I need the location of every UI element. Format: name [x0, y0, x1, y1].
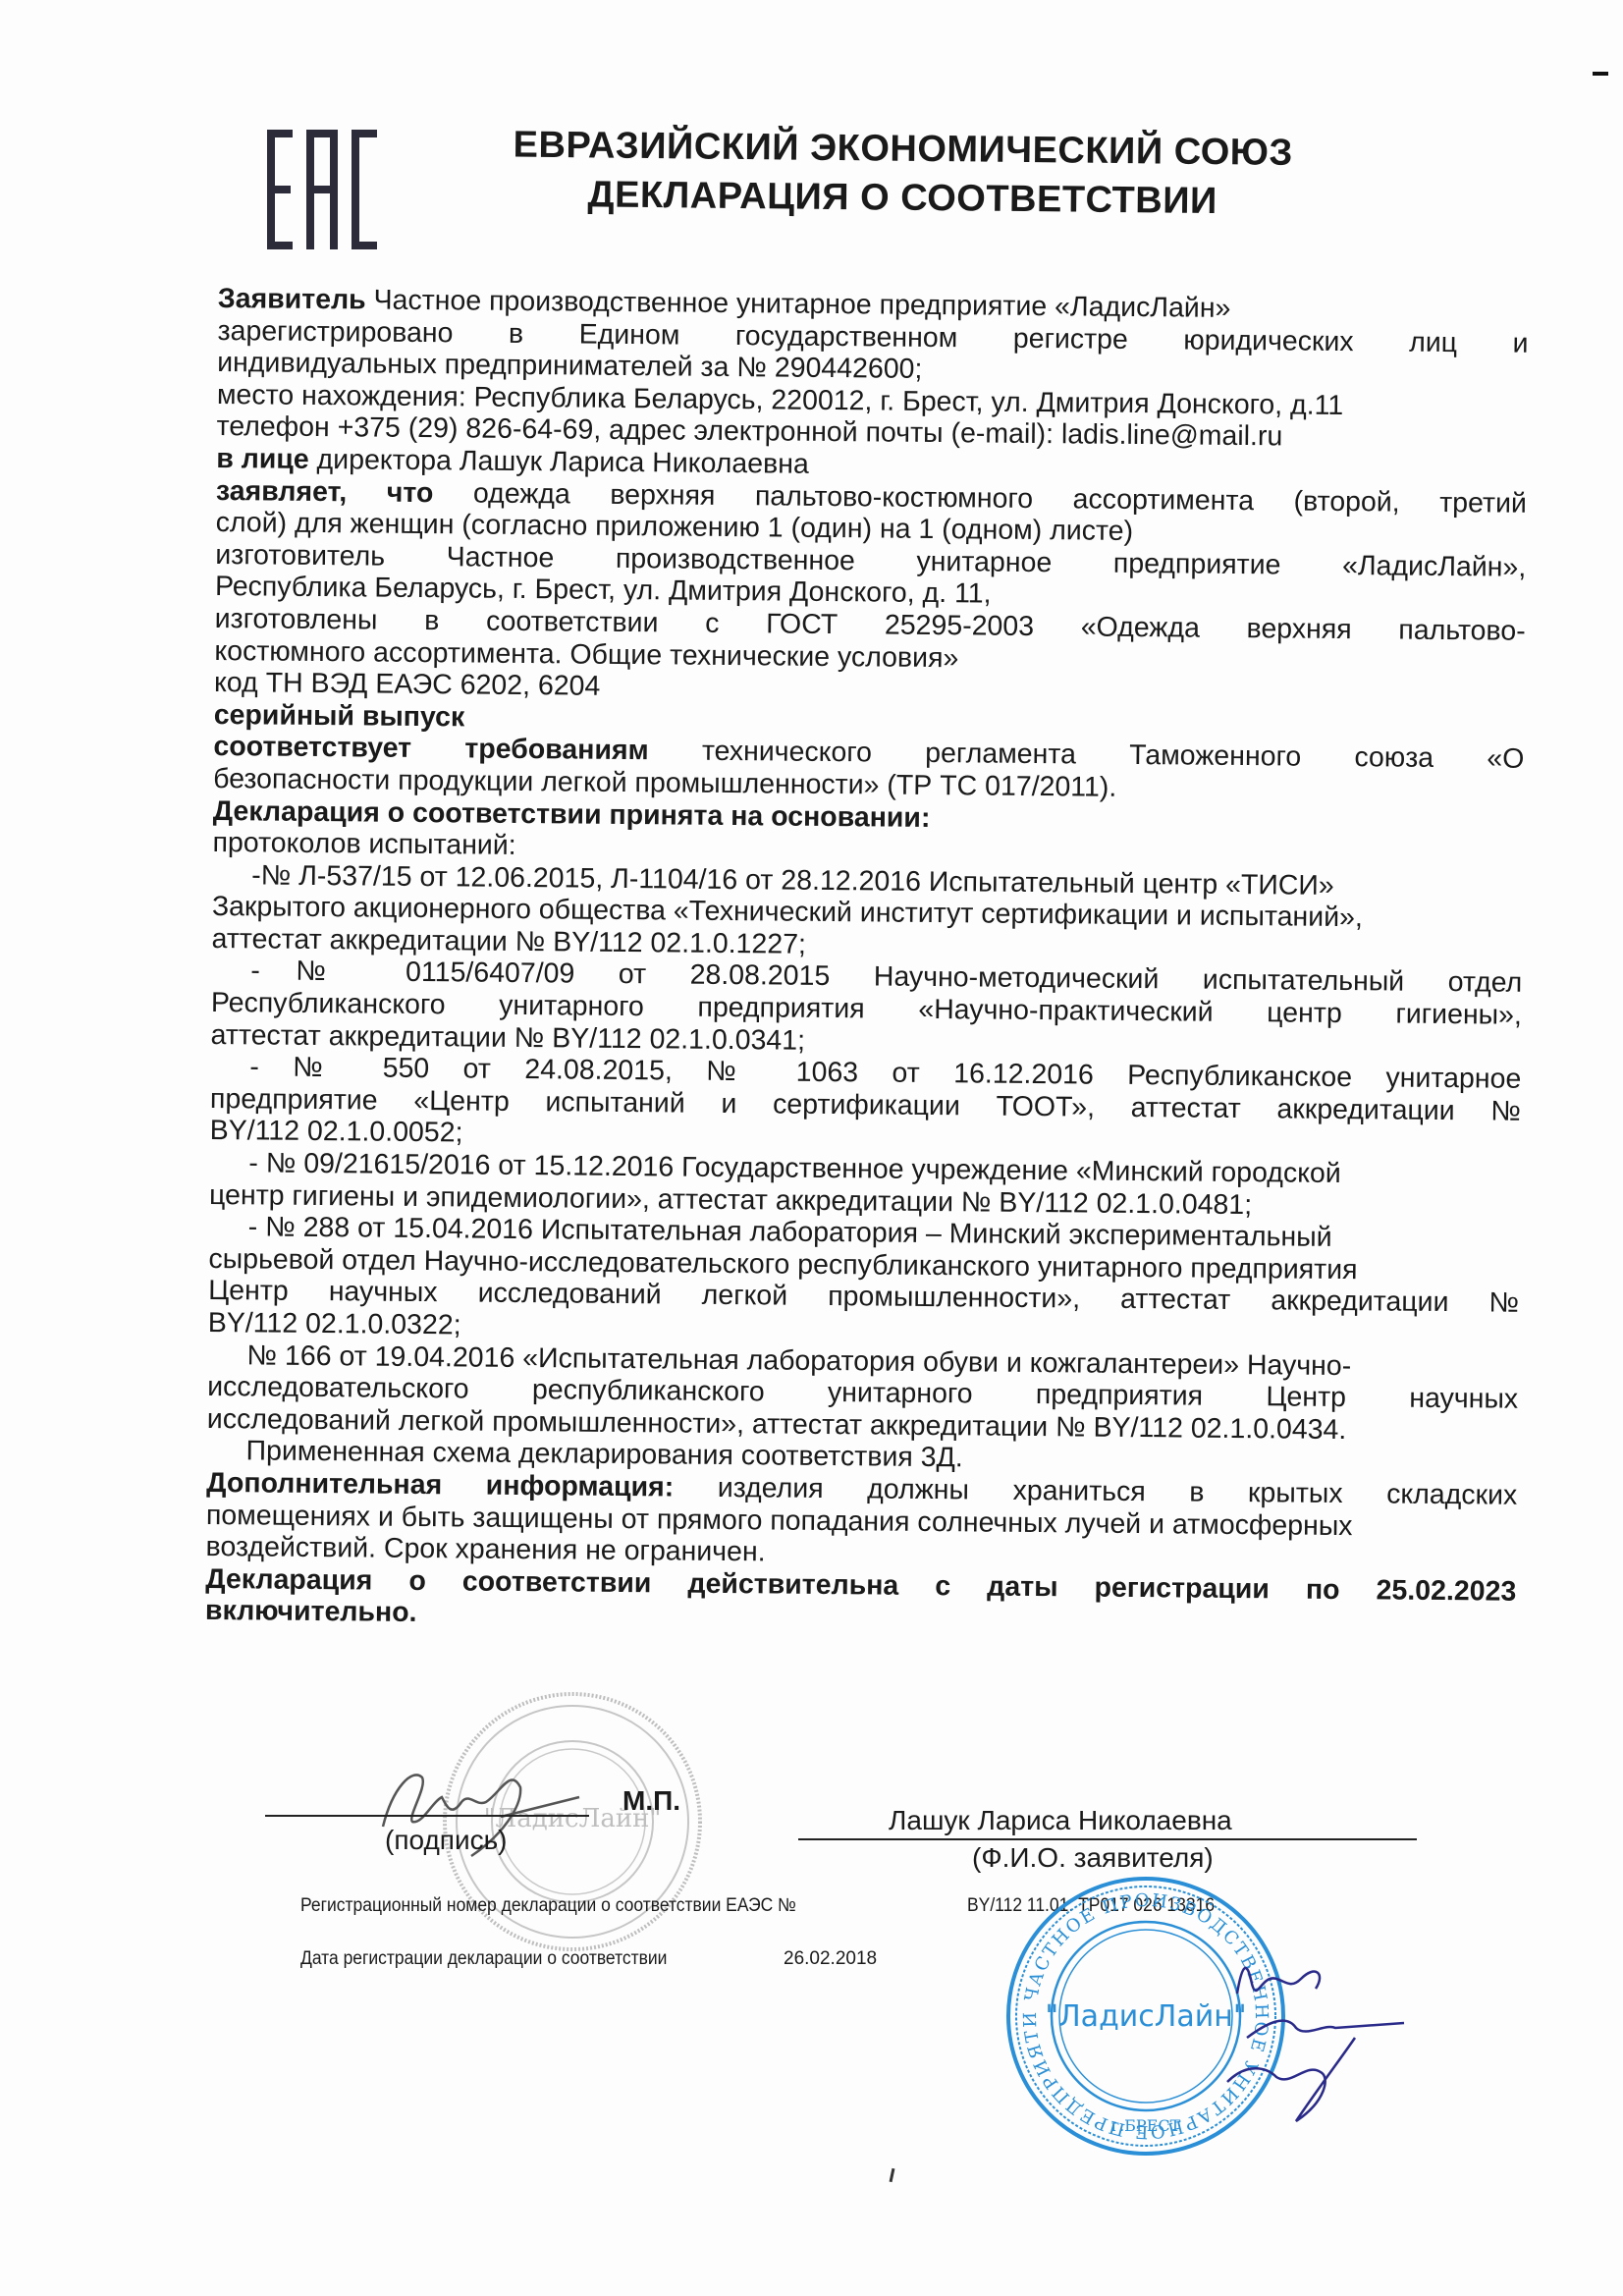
scan-mark: [1593, 72, 1608, 76]
registration-number-value: BY/112 11.01. ТР017 026 13316: [967, 1895, 1215, 1917]
signature-caption: (подпись): [385, 1825, 508, 1856]
svg-text:ЧАСТНОЕ ПРОИЗВОДСТВЕННОЕ УНИТА: ЧАСТНОЕ ПРОИЗВОДСТВЕННОЕ УНИТАРНОЕ ПРЕДП…: [1003, 1874, 1271, 2142]
registration-number-label: Регистрационный номер декларации о соотв…: [300, 1895, 796, 1917]
company-stamp-blue-icon: ЧАСТНОЕ ПРОИЗВОДСТВЕННОЕ УНИТАРНОЕ ПРЕДП…: [1003, 1874, 1288, 2159]
applicant-label: Заявитель: [218, 283, 366, 315]
registration-date-value: 26.02.2018: [784, 1948, 877, 1970]
name-line: [798, 1838, 1417, 1840]
conformity-label: соответствует требованиям: [213, 731, 648, 766]
seal-place-label: М.П.: [622, 1785, 680, 1817]
scan-mark: [890, 2168, 895, 2182]
protocol-item: - № 550 от 24.08.2015, № 1063 от 16.12.2…: [210, 1051, 1522, 1160]
registration-date-label: Дата регистрации декларации о соответств…: [300, 1948, 667, 1970]
company-stamp-gray-icon: "ЛадисЛайн": [440, 1689, 705, 1954]
declares-label: заявляет, что: [216, 475, 434, 509]
protocol-item: -№ Л-537/15 от 12.06.2015, Л-1104/16 от …: [211, 859, 1523, 968]
eac-logo-icon: [267, 130, 377, 249]
svg-text:"ЛадисЛайн": "ЛадисЛайн": [484, 1804, 662, 1833]
svg-text:"ЛадисЛайн": "ЛадисЛайн": [1045, 1999, 1246, 2034]
applicant-name-caption: (Ф.И.О. заявителя): [972, 1842, 1214, 1874]
protocol-item: - № 288 от 15.04.2016 Испытательная лабо…: [208, 1211, 1520, 1351]
header-declaration-title: ДЕКЛАРАЦИЯ О СООТВЕТСТВИИ: [460, 169, 1344, 227]
document-header: ЕВРАЗИЙСКИЙ ЭКОНОМИЧЕСКИЙ СОЮЗ ДЕКЛАРАЦИ…: [460, 120, 1345, 227]
signature-line: [265, 1815, 589, 1817]
svg-text:г.БРЕСТ: г.БРЕСТ: [1111, 2116, 1181, 2135]
protocol-item: № 166 от 19.04.2016 «Испытательная лабор…: [207, 1339, 1519, 1449]
protocol-item: -№ 0115/6407/09 от 28.08.2015 Научно-мет…: [210, 955, 1522, 1064]
document-page: ЕВРАЗИЙСКИЙ ЭКОНОМИЧЕСКИЙ СОЮЗ ДЕКЛАРАЦИ…: [0, 0, 1623, 2296]
applicant-full-name: Лашук Лариса Николаевна: [889, 1805, 1232, 1836]
document-body: Заявитель Частное производственное унита…: [205, 283, 1529, 1640]
registrar-signature-icon: [1208, 1944, 1434, 2141]
applicant-signature-icon: [353, 1748, 609, 1866]
additional-info-label: Дополнительная информация:: [206, 1467, 674, 1503]
